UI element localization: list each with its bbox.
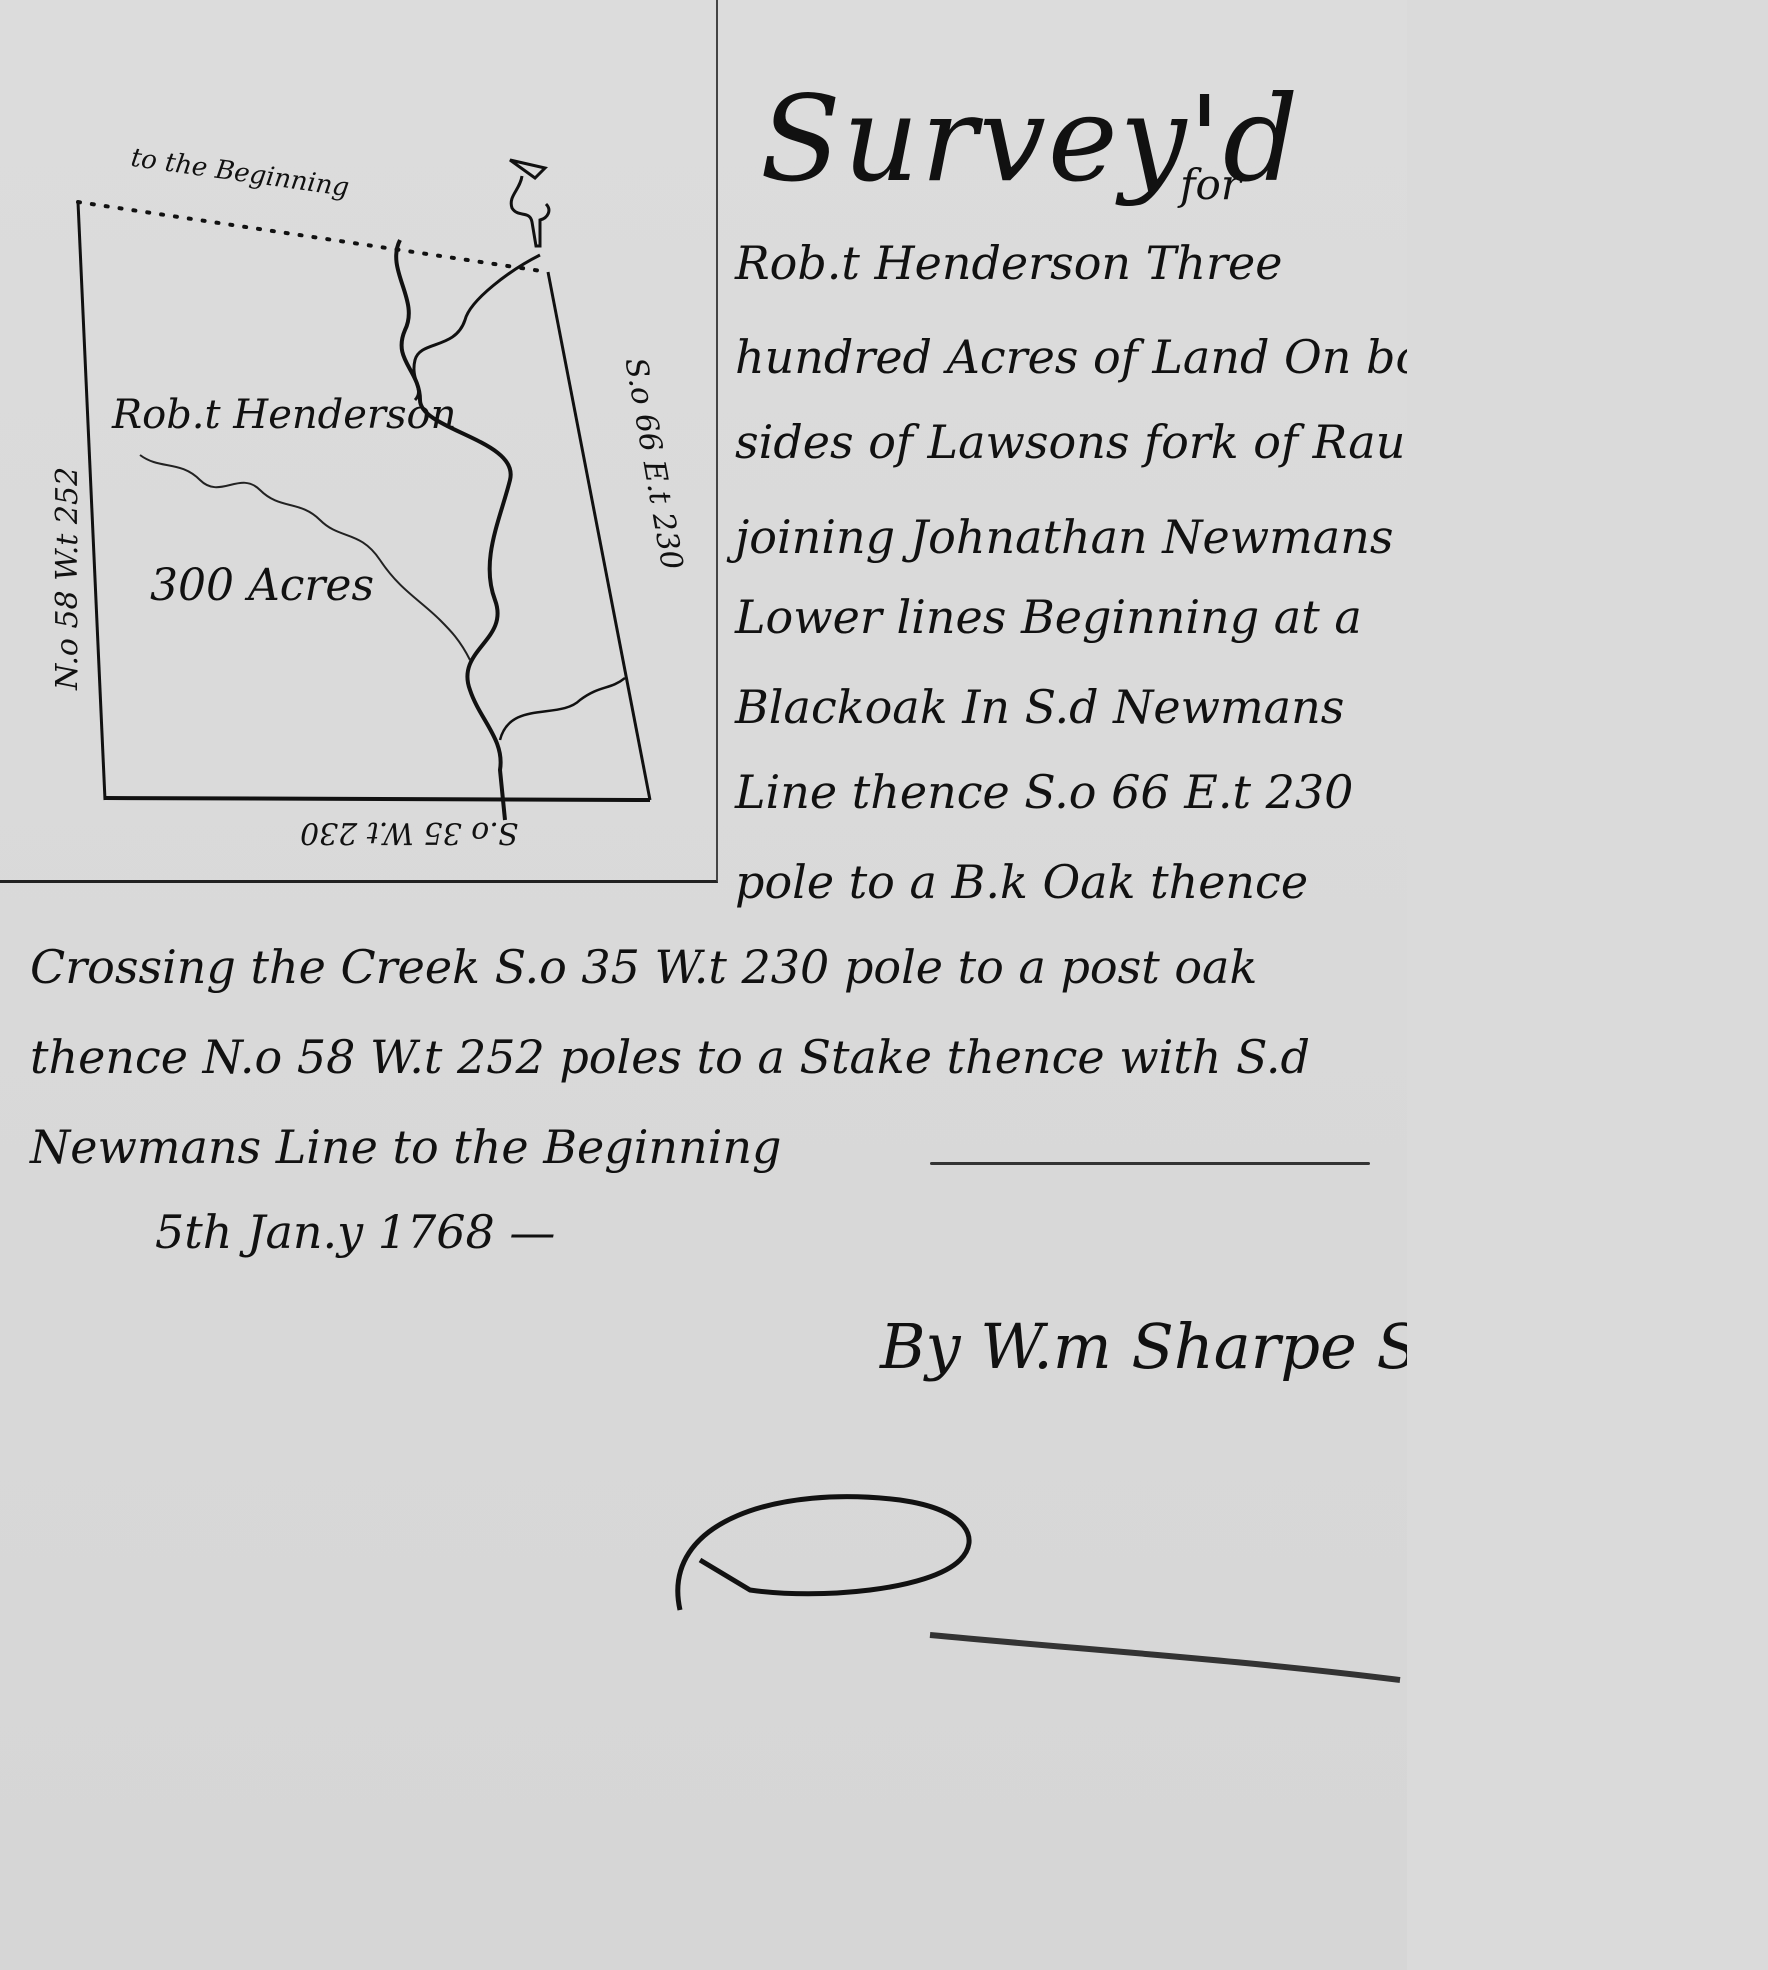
body-line-7: Line thence S.o 66 E.t 230 <box>735 765 1353 819</box>
body-line-4: joining Johnathan Newmans <box>735 510 1393 564</box>
body-line-8: pole to a B.k Oak thence <box>735 855 1308 909</box>
body-line-1: Rob.t Henderson Three <box>735 236 1282 290</box>
document-title-suffix: for <box>1180 160 1241 209</box>
plat-owner-label: Rob.t Henderson <box>112 392 456 438</box>
plat-left-side-label: N.o 58 W.t 252 <box>50 467 85 690</box>
plat-drawing <box>0 0 720 880</box>
surveyor-signature: By W.m Sharpe Surv. <box>880 1310 1407 1383</box>
signature-flourish <box>640 1380 1407 1720</box>
body-line-3: sides of Lawsons fork of Rauhebs <box>735 415 1407 469</box>
plat-bottom-side-label: S.o 35 W.t 230 <box>300 815 518 850</box>
body-line-6: Blackoak In S.d Newmans <box>735 680 1344 734</box>
body-line-5: Lower lines Beginning at a <box>735 590 1362 644</box>
pointing-hand-icon <box>510 160 549 246</box>
survey-document: to the Beginning Rob.t Henderson 300 Acr… <box>0 0 1407 1970</box>
document-date: 5th Jan.y 1768 — <box>155 1205 555 1259</box>
body-line-11: Newmans Line to the Beginning <box>30 1120 781 1174</box>
closing-rule <box>930 1162 1370 1165</box>
body-line-2: hundred Acres of Land On both <box>735 330 1407 384</box>
body-line-9: Crossing the Creek S.o 35 W.t 230 pole t… <box>30 940 1257 994</box>
plat-acreage-label: 300 Acres <box>150 560 374 611</box>
body-line-10: thence N.o 58 W.t 252 poles to a Stake t… <box>30 1030 1310 1084</box>
